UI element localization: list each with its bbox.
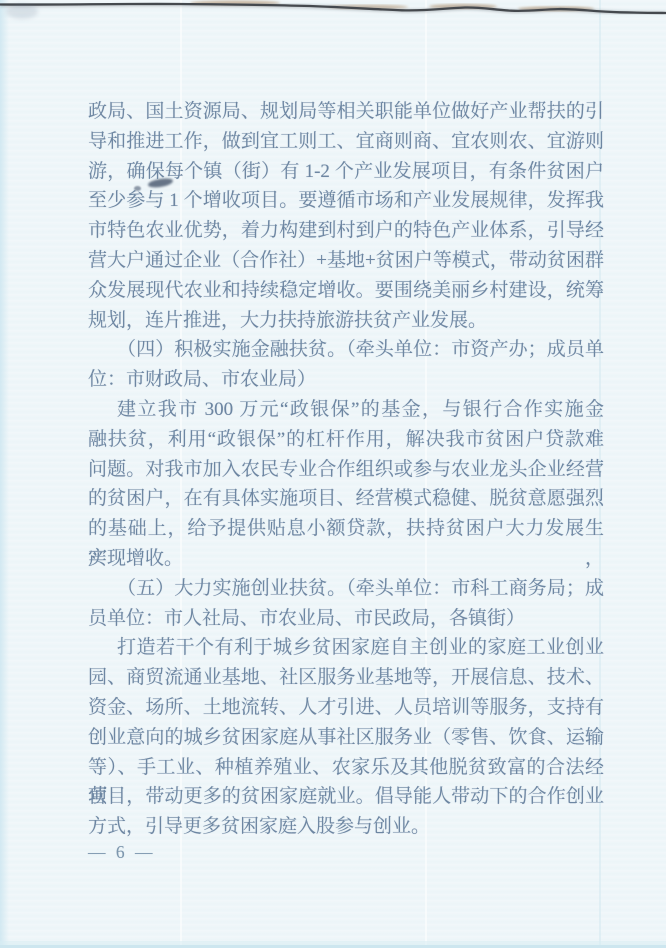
- paragraph-section-4-body: 建立我市 300 万元“政银保”的基金，与银行合作实施金 融扶贫，利用“政银保”…: [88, 395, 604, 574]
- text-line: 的贫困户，在有具体实施项目、经营模式稳健、脱贫意愿强烈: [88, 484, 604, 514]
- text-line: 建立我市 300 万元“政银保”的基金，与银行合作实施金: [88, 395, 604, 425]
- text-line: 市特色农业优势，着力构建到村到户的特色产业体系，引导经: [88, 216, 604, 246]
- text-line: 规划，连片推进，大力扶持旅游扶贫产业发展。: [88, 306, 604, 336]
- text-line: 的基础上，给予提供贴息小额贷款，扶持贫困户大力发展生产，: [88, 514, 604, 544]
- page-number: — 6 —: [88, 842, 156, 862]
- paragraph-section-5-body: 打造若干个有利于城乡贫困家庭自主创业的家庭工业创业 园、商贸流通业基地、社区服务…: [88, 633, 604, 842]
- text-line: 政局、国土资源局、规划局等相关职能单位做好产业帮扶的引: [88, 97, 604, 127]
- paragraph-section-5-heading: （五）大力实施创业扶贫。（牵头单位：市科工商务局；成 员单位：市人社局、市农业局…: [88, 574, 604, 634]
- text-line: 导和推进工作，做到宜工则工、宜商则商、宜农则农、宜游则: [88, 127, 604, 157]
- text-line: 众发展现代农业和持续稳定增收。要围绕美丽乡村建设，统筹: [88, 276, 604, 306]
- paragraph-continuation: 政局、国土资源局、规划局等相关职能单位做好产业帮扶的引 导和推进工作，做到宜工则…: [88, 97, 604, 335]
- text-line: 至少参与 1 个增收项目。要遵循市场和产业发展规律，发挥我: [88, 186, 604, 216]
- text-line: 项目，带动更多的贫困家庭就业。倡导能人带动下的合作创业: [88, 782, 604, 812]
- text-line: 打造若干个有利于城乡贫困家庭自主创业的家庭工业创业: [88, 633, 604, 663]
- text-line: 问题。对我市加入农民专业合作组织或参与农业龙头企业经营: [88, 455, 604, 485]
- text-line: 游，确保每个镇（街）有 1-2 个产业发展项目，有条件贫困户: [88, 157, 604, 187]
- text-line: 等）、手工业、种植养殖业、农家乐及其他脱贫致富的合法经营: [88, 753, 604, 783]
- text-line: 位：市财政局、市农业局）: [88, 365, 604, 395]
- text-line: 资金、场所、土地流转、人才引进、人员培训等服务，支持有: [88, 693, 604, 723]
- text-line: 创业意向的城乡贫困家庭从事社区服务业（零售、饮食、运输: [88, 723, 604, 753]
- text-line: （四）积极实施金融扶贫。（牵头单位：市资产办；成员单: [88, 335, 604, 365]
- scanned-document-page: 政局、国土资源局、规划局等相关职能单位做好产业帮扶的引 导和推进工作，做到宜工则…: [0, 0, 666, 948]
- text-line: （五）大力实施创业扶贫。（牵头单位：市科工商务局；成: [88, 574, 604, 604]
- text-line: 方式，引导更多贫困家庭入股参与创业。: [88, 812, 604, 842]
- top-scan-edge-artifact: [0, 0, 666, 24]
- left-scan-edge: [0, 0, 9, 948]
- corner-smudge-artifact: [6, 4, 38, 19]
- document-body: 政局、国土资源局、规划局等相关职能单位做好产业帮扶的引 导和推进工作，做到宜工则…: [88, 97, 604, 842]
- text-line: 员单位：市人社局、市农业局、市民政局，各镇街）: [88, 604, 604, 634]
- text-line: 营大户通过企业（合作社）+基地+贫困户等模式，带动贫困群: [88, 246, 604, 276]
- text-line: 园、商贸流通业基地、社区服务业基地等，开展信息、技术、: [88, 663, 604, 693]
- text-line: 融扶贫，利用“政银保”的杠杆作用，解决我市贫困户贷款难: [88, 425, 604, 455]
- paragraph-section-4-heading: （四）积极实施金融扶贫。（牵头单位：市资产办；成员单 位：市财政局、市农业局）: [88, 335, 604, 395]
